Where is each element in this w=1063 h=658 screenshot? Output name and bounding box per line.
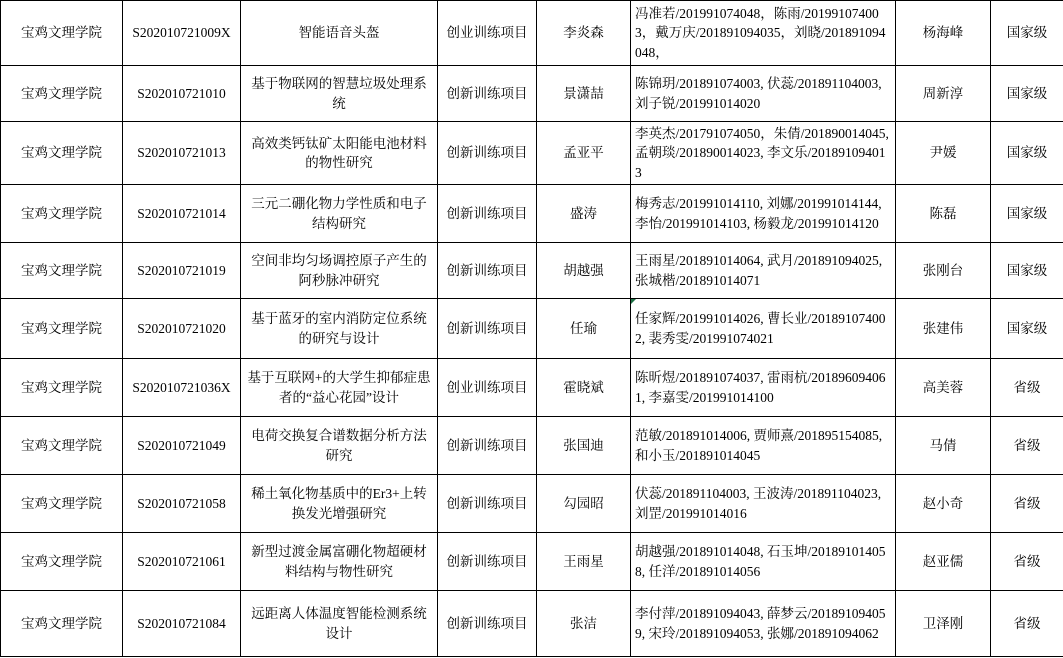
advisor-cell: 张刚台 <box>896 243 991 299</box>
project-title-cell: 空间非均匀场调控原子产生的阿秒脉冲研究 <box>241 243 438 299</box>
members-cell: 胡越强/201891014048, 石玉坤/201891014058, 任洋/2… <box>631 533 896 591</box>
project-id-cell: S202010721009X <box>123 1 241 66</box>
project-type-cell: 创新训练项目 <box>438 475 537 533</box>
leader-cell: 张洁 <box>537 591 631 657</box>
project-title-cell: 稀土氧化物基质中的Er3+上转换发光增强研究 <box>241 475 438 533</box>
table-row: 宝鸡文理学院 S202010721061 新型过渡金属富硼化物超硬材料结构与物性… <box>1 533 1063 591</box>
project-title-cell: 基于互联网+的大学生抑郁症患者的“益心花园”设计 <box>241 359 438 417</box>
table-row: 宝鸡文理学院 S202010721014 三元二硼化物力学性质和电子结构研究 创… <box>1 185 1063 243</box>
advisor-cell: 马倩 <box>896 417 991 475</box>
table-body: 宝鸡文理学院 S202010721009X 智能语音头盔 创业训练项目 李炎森 … <box>1 1 1063 657</box>
leader-cell: 盛涛 <box>537 185 631 243</box>
project-type-cell: 创业训练项目 <box>438 359 537 417</box>
project-id-cell: S202010721014 <box>123 185 241 243</box>
project-type-cell: 创新训练项目 <box>438 591 537 657</box>
project-type-cell: 创新训练项目 <box>438 533 537 591</box>
advisor-cell: 张建伟 <box>896 299 991 359</box>
level-cell: 省级 <box>991 591 1063 657</box>
college-cell: 宝鸡文理学院 <box>1 359 123 417</box>
project-id-cell: S202010721010 <box>123 66 241 122</box>
project-id-cell: S202010721036X <box>123 359 241 417</box>
college-cell: 宝鸡文理学院 <box>1 591 123 657</box>
advisor-cell: 杨海峰 <box>896 1 991 66</box>
members-cell: 李英杰/201791074050，朱倩/201890014045, 孟朝琰/20… <box>631 122 896 185</box>
level-cell: 国家级 <box>991 66 1063 122</box>
table-row: 宝鸡文理学院 S202010721049 电荷交换复合谱数据分析方法研究 创新训… <box>1 417 1063 475</box>
members-cell: 任家辉/201991014026, 曹长业/201891074002, 裴秀雯/… <box>631 299 896 359</box>
project-type-cell: 创新训练项目 <box>438 243 537 299</box>
project-id-cell: S202010721049 <box>123 417 241 475</box>
college-cell: 宝鸡文理学院 <box>1 533 123 591</box>
members-cell: 梅秀志/201991014110, 刘娜/201991014144, 李怡/20… <box>631 185 896 243</box>
project-id-cell: S202010721019 <box>123 243 241 299</box>
project-type-cell: 创新训练项目 <box>438 122 537 185</box>
level-cell: 省级 <box>991 417 1063 475</box>
project-title-cell: 基于蓝牙的室内消防定位系统的研究与设计 <box>241 299 438 359</box>
project-type-cell: 创新训练项目 <box>438 66 537 122</box>
college-cell: 宝鸡文理学院 <box>1 1 123 66</box>
project-title-cell: 高效类钙钛矿太阳能电池材料的物性研究 <box>241 122 438 185</box>
members-cell: 陈锦玥/201891074003, 伏蕊/201891104003, 刘子锐/2… <box>631 66 896 122</box>
leader-cell: 勾园昭 <box>537 475 631 533</box>
college-cell: 宝鸡文理学院 <box>1 66 123 122</box>
college-cell: 宝鸡文理学院 <box>1 122 123 185</box>
leader-cell: 王雨星 <box>537 533 631 591</box>
advisor-cell: 卫泽刚 <box>896 591 991 657</box>
project-type-cell: 创新训练项目 <box>438 417 537 475</box>
college-cell: 宝鸡文理学院 <box>1 417 123 475</box>
advisor-cell: 赵亚儒 <box>896 533 991 591</box>
college-cell: 宝鸡文理学院 <box>1 475 123 533</box>
members-cell: 李付萍/201891094043, 薛梦云/201891094059, 宋玲/2… <box>631 591 896 657</box>
members-cell: 范敏/201891014006, 贾师熹/201895154085, 和小玉/2… <box>631 417 896 475</box>
project-id-cell: S202010721013 <box>123 122 241 185</box>
project-type-cell: 创新训练项目 <box>438 185 537 243</box>
level-cell: 省级 <box>991 533 1063 591</box>
leader-cell: 霍晓斌 <box>537 359 631 417</box>
leader-cell: 李炎森 <box>537 1 631 66</box>
college-cell: 宝鸡文理学院 <box>1 243 123 299</box>
table-row: 宝鸡文理学院 S202010721013 高效类钙钛矿太阳能电池材料的物性研究 … <box>1 122 1063 185</box>
table-row: 宝鸡文理学院 S202010721009X 智能语音头盔 创业训练项目 李炎森 … <box>1 1 1063 66</box>
projects-table: 宝鸡文理学院 S202010721009X 智能语音头盔 创业训练项目 李炎森 … <box>0 0 1063 657</box>
college-cell: 宝鸡文理学院 <box>1 299 123 359</box>
leader-cell: 孟亚平 <box>537 122 631 185</box>
level-cell: 省级 <box>991 359 1063 417</box>
leader-cell: 任瑜 <box>537 299 631 359</box>
table-row: 宝鸡文理学院 S202010721036X 基于互联网+的大学生抑郁症患者的“益… <box>1 359 1063 417</box>
level-cell: 国家级 <box>991 299 1063 359</box>
project-type-cell: 创新训练项目 <box>438 299 537 359</box>
level-cell: 国家级 <box>991 122 1063 185</box>
table-row: 宝鸡文理学院 S202010721020 基于蓝牙的室内消防定位系统的研究与设计… <box>1 299 1063 359</box>
project-title-cell: 远距离人体温度智能检测系统设计 <box>241 591 438 657</box>
project-title-cell: 电荷交换复合谱数据分析方法研究 <box>241 417 438 475</box>
leader-cell: 景潇喆 <box>537 66 631 122</box>
level-cell: 省级 <box>991 475 1063 533</box>
college-cell: 宝鸡文理学院 <box>1 185 123 243</box>
project-id-cell: S202010721084 <box>123 591 241 657</box>
leader-cell: 张国迪 <box>537 417 631 475</box>
table-row: 宝鸡文理学院 S202010721058 稀土氧化物基质中的Er3+上转换发光增… <box>1 475 1063 533</box>
project-title-cell: 三元二硼化物力学性质和电子结构研究 <box>241 185 438 243</box>
advisor-cell: 赵小奇 <box>896 475 991 533</box>
project-title-cell: 智能语音头盔 <box>241 1 438 66</box>
leader-cell: 胡越强 <box>537 243 631 299</box>
project-id-cell: S202010721020 <box>123 299 241 359</box>
project-title-cell: 新型过渡金属富硼化物超硬材料结构与物性研究 <box>241 533 438 591</box>
project-title-cell: 基于物联网的智慧垃圾处理系统 <box>241 66 438 122</box>
table-row: 宝鸡文理学院 S202010721010 基于物联网的智慧垃圾处理系统 创新训练… <box>1 66 1063 122</box>
level-cell: 国家级 <box>991 1 1063 66</box>
advisor-cell: 高美蓉 <box>896 359 991 417</box>
project-type-cell: 创业训练项目 <box>438 1 537 66</box>
project-id-cell: S202010721058 <box>123 475 241 533</box>
members-cell: 冯准若/201991074048，陈雨/201991074003，戴万庆/201… <box>631 1 896 66</box>
advisor-cell: 尹媛 <box>896 122 991 185</box>
members-cell: 陈昕煜/201891074037, 雷雨杭/201896094061, 李嘉雯/… <box>631 359 896 417</box>
table-row: 宝鸡文理学院 S202010721019 空间非均匀场调控原子产生的阿秒脉冲研究… <box>1 243 1063 299</box>
project-id-cell: S202010721061 <box>123 533 241 591</box>
level-cell: 国家级 <box>991 185 1063 243</box>
advisor-cell: 陈磊 <box>896 185 991 243</box>
members-cell: 伏蕊/201891104003, 王波涛/201891104023, 刘罡/20… <box>631 475 896 533</box>
level-cell: 国家级 <box>991 243 1063 299</box>
table-row: 宝鸡文理学院 S202010721084 远距离人体温度智能检测系统设计 创新训… <box>1 591 1063 657</box>
advisor-cell: 周新淳 <box>896 66 991 122</box>
members-cell: 王雨星/201891014064, 武月/201891094025, 张城楷/2… <box>631 243 896 299</box>
